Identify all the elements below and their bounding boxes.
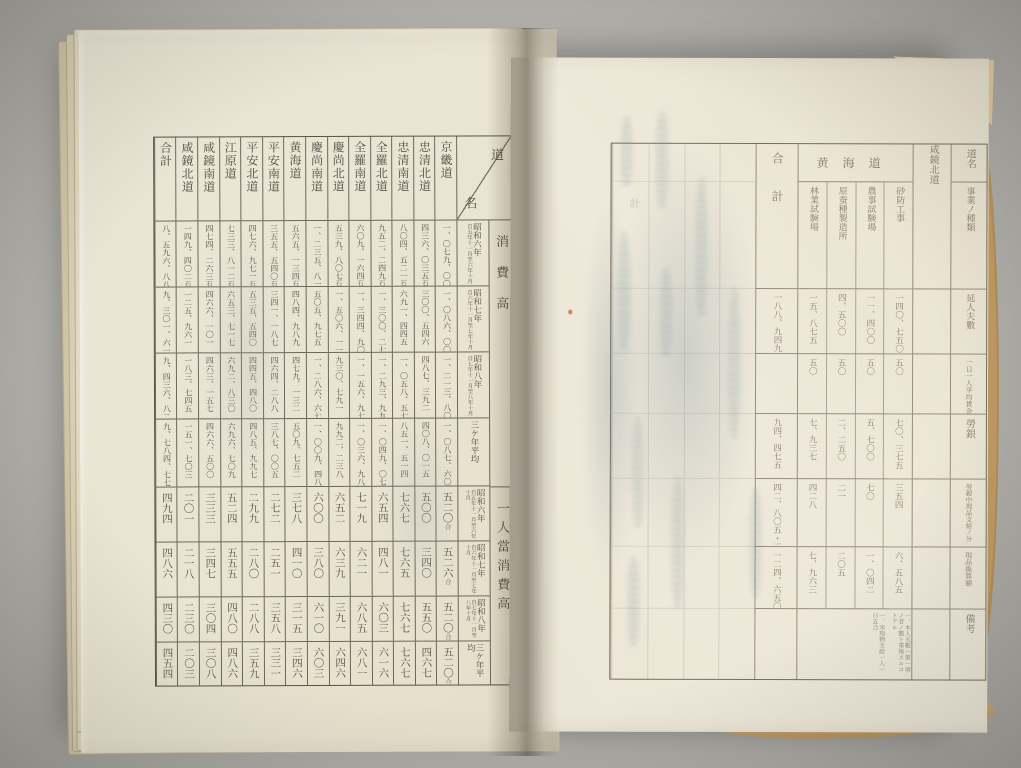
vertical-text: 一、二九三、九九六 [378,353,386,419]
vertical-text: 七一九 [355,487,366,524]
vertical-text: 五、七〇〇 [865,414,874,478]
empty-cell [912,547,949,609]
year-label-cell: 昭和八年自七年十一月至八年十月 [459,596,490,641]
right-page: 道名事業ノ種類延人夫數一日一人平均賃金勞銀勞銀中現品支給ノ分現品換算額備考咸鏡北… [509,57,989,732]
vertical-text: 五五〇 [420,597,431,634]
unit-marker: 石 [399,280,407,287]
vertical-text: 六二一 [356,542,367,579]
year-era-label: 昭和八年 [472,352,481,417]
province-column: 全羅南道六〇九、一六四石一、三四四、九〇四一、一五六、九七五一、〇三六、九八一七… [348,137,371,685]
vertical-text: 三三三 [204,487,215,524]
vertical-text: 六〇三 [377,597,388,634]
vertical-text: 四七四、二六三石 [205,221,213,287]
unit-marker: 合 [444,633,452,640]
vertical-text: 一四〇、七五〇 [894,289,903,353]
value-cell: 四六四、二八八 [264,353,285,419]
value-cell: 六五二 [329,487,350,542]
work-value-cell: 五〇 [883,354,912,413]
vertical-text: 咸鏡北道 [927,144,937,184]
vertical-text: 四八一 [377,542,388,579]
value-cell: 一、二一三、八〇〇石 [436,353,457,419]
right-table: 道名事業ノ種類延人夫數一日一人平均賃金勞銀勞銀中現品支給ノ分現品換算額備考咸鏡北… [609,143,987,681]
value-cell: 一、五〇六、一一六 [328,287,349,353]
vertical-text: 三〇〇、五四六 [421,287,429,346]
vertical-text: 六一〇 [313,597,324,634]
vertical-text: 一、二八六、六七五 [313,353,321,419]
vertical-text: 一日一人平均賃金 [965,355,972,415]
vertical-text: 京畿道 [440,137,452,180]
vertical-text: 九、三〇一、六一〇 [162,288,170,354]
value-cell: 三八〇 [307,542,328,597]
vertical-text: 五〇〇 [420,487,431,524]
value-cell: 一、〇〇九、四八八 [307,419,328,487]
vertical-text: 一、三四四、九〇四 [356,287,364,353]
value-cell: 二七二 [264,487,285,542]
photo-of-open-book: 道名消費高一人當消費高昭和六年自五年十一月至六年十月昭和七年自六年十一月至七年十… [0,0,1021,768]
unit-marker: 石 [421,280,429,287]
value-cell: 一、〇三六、九八一 [350,419,371,487]
province-header: 全羅南道 [349,137,370,221]
vertical-text: 四七六、九七一石 [248,221,256,287]
left-table-header-strip: 道名消費高一人當消費高昭和六年自五年十一月至六年十月昭和七年自六年十一月至七年十… [456,136,513,684]
value-cell: 三五八 [265,597,286,642]
vertical-text: 五二〇合 [442,642,453,684]
year-era-label: 昭和八年 [476,596,485,640]
vertical-text: 六、五八五 [893,547,902,608]
value-cell: 五五〇 [416,597,437,642]
value-cell: 七六七 [394,642,415,684]
vertical-text: 六三九 [334,542,345,579]
value-cell: 四八六 [156,542,177,597]
total-value-cell [756,354,797,414]
paper-speck [568,310,572,315]
work-value-cell: 二一 [825,479,854,546]
value-cell: 四八一 [372,542,393,597]
vertical-text: 六八五 [356,597,367,634]
vertical-text: 五〇九、七五二 [292,419,300,478]
value-cell: 四九四 [156,487,177,542]
work-value-cell: 五、七〇〇 [854,414,883,478]
vertical-text: 六〇九、一六四石 [356,221,364,287]
bleed-column [719,144,756,679]
vertical-text: 忠清南道 [397,137,409,193]
year-range-label: 自七年十一月至八年十月 [466,352,472,417]
value-cell: 二一八 [178,542,199,597]
vertical-text: 四、五〇〇 [836,289,845,353]
unit-marker: 石 [205,280,213,287]
vertical-text: 三三一 [270,642,281,679]
value-cell: 五三九、八〇七石 [328,221,349,287]
left-page: 道名消費高一人當消費高昭和六年自五年十一月至六年十月昭和七年自六年十一月至七年十… [79,29,560,753]
value-cell: 四三六、〇三五石 [414,221,435,287]
value-cell: 七一九 [350,487,371,542]
vertical-text: 砂防工事 [894,182,903,288]
value-cell: 六九六、七〇九 [221,419,242,487]
vertical-text: 八五一、五一四 [400,419,408,478]
province-column: 慶尚北道五三九、八〇七石一、五〇六、一一六九三〇、七九一九九二、二三八六五二六三… [327,137,350,685]
value-cell: 三〇四 [200,597,221,642]
work-value-cell: 七〇、三七五 [883,414,912,478]
vertical-text: 四六三、一五七 [205,353,213,412]
vertical-text: 七六七 [399,642,410,679]
bleed-cell [720,547,755,609]
vertical-text: 四二、八〇五・三三 [772,479,781,547]
vertical-text: 三九一 [334,597,345,634]
bleed-cell [684,414,719,479]
bleed-cell [684,547,719,609]
value-cell: 六一〇 [308,597,329,642]
vertical-text: 二三〇 [183,597,194,634]
vertical-text: 忠清北道 [418,137,430,193]
value-cell: 八五一、五一四 [393,419,414,487]
value-cell: 三四一、一八七 [263,287,284,353]
value-cell: 三〇八 [200,642,221,684]
corner-cell: 道名 [457,136,511,220]
value-cell: 二九九 [243,487,264,542]
value-cell: 五〇九、七五二 [285,419,306,487]
vertical-text: 三八〇 [312,542,323,579]
value-cell: 七六五 [394,542,415,597]
vertical-text: 慶尚南道 [310,137,322,193]
unit-marker: 石 [270,280,278,287]
vertical-text: 九三〇、七九一 [335,353,343,412]
value-cell: 六二一 [351,542,372,597]
province-header: 平安北道 [241,137,262,221]
vertical-text: 六九二、八三〇 [227,353,235,412]
vertical-text: 二七二 [269,487,280,524]
total-value-cell: 一八八、九四九 [756,289,797,354]
value-cell: 五〇〇 [415,487,436,542]
unit-marker: 石 [291,280,299,287]
vertical-text: 八、五九六、八八五石 [162,222,170,288]
year-label-cell: 昭和六年自五年十一月至六年十月 [458,486,489,541]
province-column: 合計八、五九六、八八五石九、三〇一、六一〇九、四三六、八二九九、七八四、七七五四… [154,137,177,685]
year-label-cell: 昭和七年自六年十一月至七年十月 [459,541,490,596]
vertical-text: 七〇、三七五 [894,414,903,478]
right-header-cell: 現品換算額 [950,548,985,610]
value-cell: 四六七 [416,642,437,684]
vertical-text: 五〇 [807,354,816,413]
vertical-text: 江原道 [224,137,236,180]
vertical-text: 三四〇 [420,542,431,579]
work-value-cell: 一五、八七五 [798,289,826,353]
value-cell: 二三〇 [178,597,199,642]
work-value-row: 五〇五〇五〇五〇 [798,354,912,414]
value-cell: 五二四 [221,487,242,542]
unit-marker: 合 [444,523,452,530]
vertical-text: 全羅南道 [353,137,365,193]
vertical-text: 六九六、七〇九 [227,419,235,478]
vertical-text: 二一八 [183,542,194,579]
year-era-label: 三ケ年平均 [466,641,483,683]
vertical-text: 二一 [836,479,845,546]
vertical-text: 九、七八四、七七五 [162,420,170,488]
value-cell: 二五一 [264,542,285,597]
vertical-text: 四六六、五〇〇 [205,419,213,478]
vertical-text: 一、〇四二 [864,547,873,608]
vertical-text: 一一、四〇〇 [865,289,874,353]
bleed-cell [720,354,755,414]
vertical-text: 平安南道 [267,137,279,193]
vertical-text: 一、〇五八、五七六 [399,353,407,419]
vertical-text: 一、〇七九、〇〇〇石 [442,221,450,287]
bleed-cell [721,144,756,182]
vertical-text: 一、〇三六、九八一 [356,419,364,487]
corner-label-top: 道 [491,144,504,163]
province-column: 京畿道一、〇七九、〇〇〇石一、〇八六、〇〇〇石一、二一三、八〇〇石一、〇八七、六… [435,137,458,685]
bleed-cell [685,289,720,354]
work-value-row: 七〇、三七五五、七〇〇二、二五〇七、九三七 [798,414,912,479]
province-header: 咸鏡北道 [913,144,950,289]
vertical-text: 四三六、〇三五石 [420,221,428,287]
work-value-cell: 七、九三七 [798,414,826,478]
year-range-label: 自五年十一月至六年十月 [465,220,471,285]
vertical-text: 三八七、〇〇五 [270,419,278,478]
vertical-text: 三五五、五四〇石 [269,221,277,287]
value-cell: 六九二、八三〇 [221,353,242,419]
vertical-text: 五二〇合 [442,597,453,640]
bleed-cell [612,609,647,679]
vertical-text: 三〇八 [205,642,216,679]
unit-marker: 石 [356,280,364,287]
vertical-text: 五二六合 [442,542,453,585]
province-header: 黄海道 [284,137,305,221]
value-cell: 五六五、一三四石 [285,221,306,287]
vertical-text: 一、一五六、九七五 [356,353,364,419]
bleed-column [683,144,720,679]
year-range-label: 自七年十一月至八年十月 [464,596,475,640]
vertical-text: 三五四 [893,479,902,546]
value-cell: 四八〇 [221,597,242,642]
value-cell: 一八三、七四五 [177,353,198,419]
vertical-text: 四二八 [807,479,816,546]
value-cell: 五二〇合 [437,487,458,542]
value-cell: 五三五、五四〇 [242,287,263,353]
right-table-header-column: 道名事業ノ種類延人夫數一日一人平均賃金勞銀勞銀中現品支給ノ分現品換算額備考 [949,145,986,680]
vertical-text: 林業試験場 [808,182,817,288]
value-cell: 六九一、四四五 [393,287,414,353]
value-cell: 九、七八四、七七五 [156,419,177,487]
total-column: 合計一八八、九四九九四、四七五四二、八〇五・三三一二四、六五〇・九五 [754,144,797,679]
vertical-text: 一二四、六五〇・九五 [772,547,781,609]
work-type-row: 砂防工事農事試験場原蚕種製造所林業試験場 [798,182,912,289]
unit-marker: 石 [227,280,235,287]
year-label-cell: 昭和七年自六年十一月至七年十月 [458,286,489,352]
vertical-text: 咸鏡南道 [202,137,214,193]
province-column: 平安北道四七六、九七一石五三五、五四〇四四五、四八〇四八五、九九七二九九二八〇二… [240,137,263,685]
bleed-cell [684,609,719,679]
province-header: 京畿道 [436,137,457,221]
vertical-text: 六九一、四四五 [399,287,407,346]
vertical-text: 七六五 [399,542,410,579]
remark-note: 一、米現物支給一人一日五合 [870,612,883,676]
right-header-cell: 事業ノ種類 [951,183,986,290]
vertical-text: 一、三〇〇、二七六 [378,287,386,353]
province-header: 合計 [155,137,176,221]
vertical-text: 六五三、七一七 [226,287,234,346]
value-cell: 九三〇、七九一 [328,353,349,419]
value-cell: 三五五、五四〇石 [263,221,284,287]
year-era-label: 昭和七年 [476,541,485,595]
work-value-cell: 三五四 [883,479,912,546]
vertical-text: 二〇一 [183,487,194,524]
value-cell: 三五九 [243,642,264,684]
vertical-text: 一、〇八七、六〇五石 [443,419,451,487]
value-cell: 九、三〇一、六一〇 [156,287,177,353]
bleed-cell [721,182,756,289]
value-cell: 六〇三 [372,597,393,642]
bleed-cell [720,479,755,547]
province-column: 黄海道五六五、一三四石四八四、九八九四七九、一三二五〇九、七五二三七八四一〇三一… [283,137,306,685]
value-cell: 五二〇合 [437,642,458,684]
value-cell: 三四七 [200,542,221,597]
value-cell: 九、四三六、八二九 [156,353,177,419]
vertical-text: 四八六 [226,642,237,679]
value-cell: 四六六、一〇一 [199,287,220,353]
province-header: 忠清南道 [392,137,413,221]
unit-marker: 石 [183,280,191,287]
right-header-cell: 延人夫數 [951,290,986,355]
work-value-cell: 七〇 [854,479,883,546]
bleed-cell [613,289,648,354]
bleed-cell [613,354,648,414]
vertical-text: 五三五、五四〇 [248,287,256,346]
value-cell: 六〇九、一六四石 [350,221,371,287]
value-cell: 四八七、三九二 [415,353,436,419]
value-cell: 一、〇八六、〇〇〇石 [436,287,457,353]
vertical-text: 二八八 [248,597,259,634]
bleed-cell [649,144,684,182]
vertical-text: 三四六 [291,642,302,679]
remarks-cell: 一、本人夫數ハ第一項ノ者ノ數ト重複スルコトアル一、米現物支給一人一日五合 [797,609,911,679]
vertical-text: 一五一、七〇三 [184,419,192,478]
unit-marker: 合 [444,578,452,585]
vertical-text: 事業ノ種類 [964,183,973,232]
province-header: 咸鏡北道 [177,137,198,221]
vertical-text: 七六七 [399,487,410,524]
value-cell: 六五四 [372,487,393,542]
bleed-cell [684,354,719,414]
vertical-text: 咸鏡北道 [181,137,193,193]
province-header: 平安南道 [263,137,284,221]
vertical-text: 三四七 [205,542,216,579]
province-column: 忠清北道四三六、〇三五石三〇〇、五四六四八七、三九二四〇八、〇一五五〇〇三四〇五… [413,137,436,685]
value-cell: 一、二九三、九九六 [372,353,393,419]
work-value-cell: 四二八 [798,479,826,546]
bleed-cell [613,479,648,547]
vertical-text: 一、二一三、八〇〇石 [442,353,450,419]
year-range-label: 自六年十一月至七年十月 [466,286,472,351]
vertical-text: 四六四、二八八 [270,353,278,412]
vertical-text: 備考 [963,610,973,634]
value-cell: 四六六、五〇〇 [199,419,220,487]
province-column: 咸鏡北道一四九、四〇二石一二五、九六一一八三、七四五一五一、七〇三二〇一二一八二… [176,137,199,685]
group-label: 消費高 [491,220,511,486]
value-cell: 四四五、四八〇 [242,353,263,419]
vertical-text: 五〇 [865,354,874,413]
vertical-text: 四五四 [162,643,173,680]
total-value-cell: 九四、四七五 [756,414,797,479]
value-cell: 一二五、九六一 [177,287,198,353]
province-column-kankyohokudo: 咸鏡北道 [911,144,950,679]
value-cell: 三〇〇、五四六 [414,287,435,353]
empty-cell [913,479,950,547]
vertical-text: 四八七、三九二 [421,353,429,412]
bleed-cell [649,354,684,414]
year-label-cell: 三ケ年平均 [458,418,489,486]
bleed-cell [648,547,683,609]
work-value-cell: 一一、四〇〇 [855,289,884,353]
value-cell: 一、〇八七、六〇五石 [437,419,458,487]
work-type-cell: 原蚕種製造所 [826,182,855,288]
value-cell: 四七六、九七一石 [242,221,263,287]
value-cell: 二〇一 [178,487,199,542]
total-header: 合計 [756,144,797,289]
value-cell: 九九二、二三八 [329,419,350,487]
value-cell: 二八八 [243,597,264,642]
bleed-cell [720,289,755,354]
work-value-cell: 五〇 [826,354,855,413]
vertical-text: 農事試験場 [865,182,874,288]
work-value-row: 三五四七〇二一四二八 [798,479,912,547]
value-cell: 六四六 [329,642,350,684]
work-value-row: 一四〇、七五〇一一、四〇〇四、五〇〇一五、八七五 [798,289,912,354]
vertical-text: 五二〇合 [442,487,453,530]
vertical-text: 四六七 [421,642,432,679]
vertical-text: 一五、八七五 [808,289,817,353]
bleed-column [647,144,684,679]
vertical-text: 四〇八、〇一五 [421,419,429,478]
vertical-text: 六八一 [356,642,367,679]
province-group-kokaido: 黄海道砂防工事農事試験場原蚕種製造所林業試験場一四〇、七五〇一一、四〇〇四、五〇… [796,144,912,679]
vertical-text: 六〇三 [313,642,324,679]
value-cell: 三三三 [199,487,220,542]
province-header: 江原道 [220,137,241,221]
value-cell: 一、三〇〇、二七六 [371,287,392,353]
vertical-text: 全羅北道 [375,137,387,193]
vertical-text: 四三〇 [162,598,173,635]
value-cell: 七六七 [394,597,415,642]
province-name: 黄海道 [817,154,895,171]
value-cell: 四五四 [157,642,178,684]
value-cell: 五〇五、九七五 [307,287,328,353]
vertical-text: 一、〇四九、〇七二 [378,419,386,487]
value-cell: 六〇三 [308,642,329,684]
province-header: 咸鏡南道 [198,137,219,221]
value-cell: 九五二、二四九石 [371,221,392,287]
value-cell: 三一五 [286,597,307,642]
value-cell: 四八六 [222,642,243,684]
vertical-text: 三一五 [291,597,302,634]
right-header-cell: 一日一人平均賃金 [951,355,986,415]
header-strip-wrap: 道名消費高一人當消費高昭和六年自五年十一月至六年十月昭和七年自六年十一月至七年十… [457,136,513,684]
vertical-text: 五五五 [226,542,237,579]
province-header: 忠清北道 [414,137,435,221]
vertical-text: 四八六 [161,543,172,580]
work-type-cell: 農事試験場 [855,182,884,288]
province-column: 全羅北道九五二、二四九石一、三〇〇、二七六一、二九三、九九六一、〇四九、〇七二六… [370,137,393,685]
bleed-cell [612,547,647,609]
value-cell: 三八七、〇〇五 [264,419,285,487]
value-cell: 三三一 [265,642,286,684]
unit-marker: 合 [444,678,452,684]
vertical-text: 延人夫數 [964,290,973,330]
vertical-text: 二〇五 [836,547,845,608]
vertical-text: 四八〇 [226,597,237,634]
bleed-cell [684,479,719,547]
value-cell: 六八一 [351,642,372,684]
right-header-cell: 勞銀中現品支給ノ分 [951,480,986,548]
